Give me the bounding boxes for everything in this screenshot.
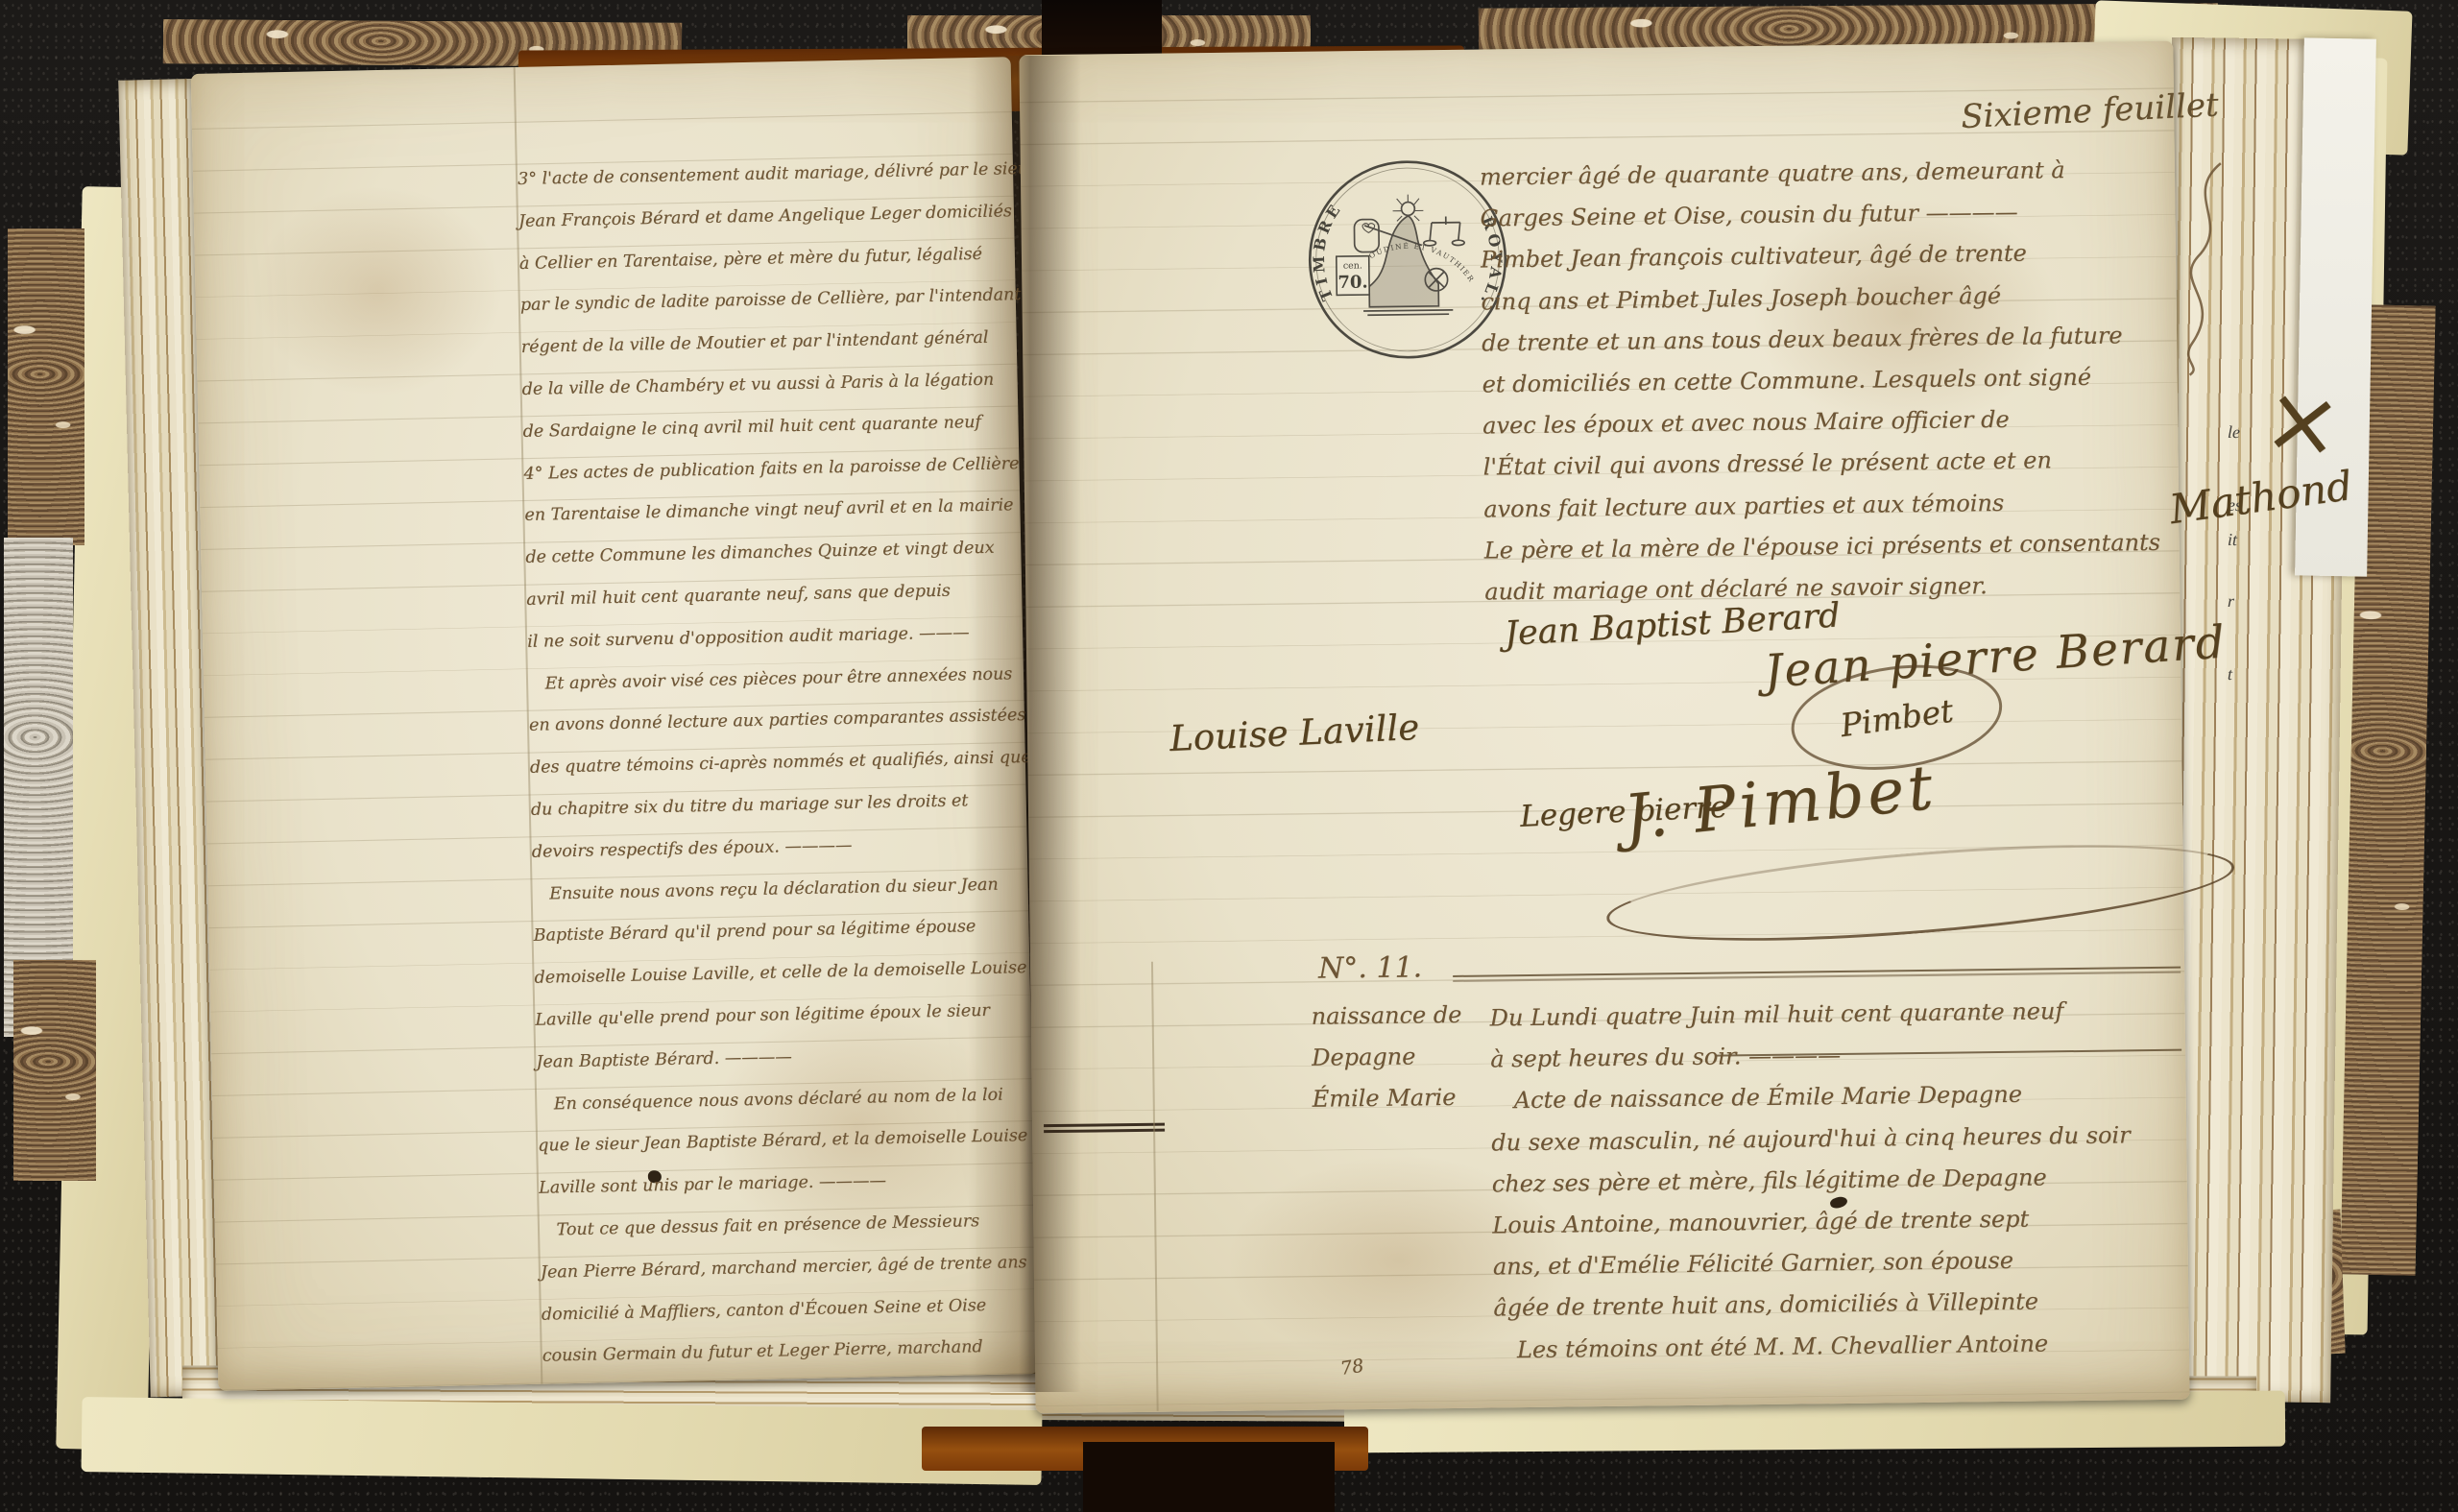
photograph-of-civil-register: leesitrt 3° l'acte de consentement audit… — [0, 0, 2458, 1512]
notary-paraph-flourish — [2154, 156, 2243, 377]
fore-edge-fragment: it — [2228, 530, 2237, 550]
margin-note-birth: naissance deDepagneÉmile Marie — [1311, 995, 1462, 1120]
birth-act-text: Du Lundi quatre Juin mil huit cent quara… — [1489, 990, 2133, 1371]
marriage-act-conclusion-text: mercier âgé de quarante quatre ans, deme… — [1480, 149, 2161, 613]
margin-note-line: naissance de — [1311, 995, 1461, 1038]
gutter-shadow — [968, 56, 1081, 1392]
marbled-paper-left-bottom — [13, 960, 96, 1181]
marbled-paper-left-upper — [8, 228, 84, 545]
manuscript-line: du sexe masculin, né aujourd'hui à cinq … — [1491, 1115, 2131, 1164]
right-page: Sixieme feuillet — [1019, 41, 2189, 1414]
book-cover-edge-bottom-left — [82, 1397, 1043, 1485]
witness-cross-mark: × — [2257, 363, 2348, 479]
manuscript-line: Du Lundi quatre Juin mil huit cent quara… — [1489, 990, 2129, 1039]
manuscript-line: âgée de trente huit ans, domiciliés à Vi… — [1493, 1281, 2133, 1330]
spine-shadow-bottom — [1083, 1442, 1335, 1512]
left-page: 3° l'acte de consentement audit mariage,… — [191, 57, 1039, 1391]
fore-edge-fragment: r — [2228, 591, 2234, 612]
page-number: 78 — [1339, 1356, 1365, 1380]
margin-note-line: Depagne — [1312, 1036, 1462, 1079]
manuscript-line: Le père et la mère de l'épouse ici prése… — [1483, 522, 2160, 572]
manuscript-line: et domiciliés en cette Commune. Lesquels… — [1482, 356, 2158, 406]
stamp-denomination-value: 70. — [1337, 273, 1368, 293]
fore-edge-fragment: t — [2228, 664, 2232, 684]
act-number: N°. 11. — [1318, 950, 1422, 985]
manuscript-line: chez ses père et mère, fils légitime de … — [1492, 1156, 2132, 1205]
manuscript-line: Les témoins ont été M. M. Chevallier Ant… — [1494, 1322, 2133, 1371]
stamp-denomination-label: cen. — [1343, 261, 1362, 272]
manuscript-line: mercier âgé de quarante quatre ans, deme… — [1480, 149, 2157, 199]
fore-edge-fragment: le — [2228, 422, 2240, 443]
margin-note-line: Émile Marie — [1312, 1077, 1462, 1120]
